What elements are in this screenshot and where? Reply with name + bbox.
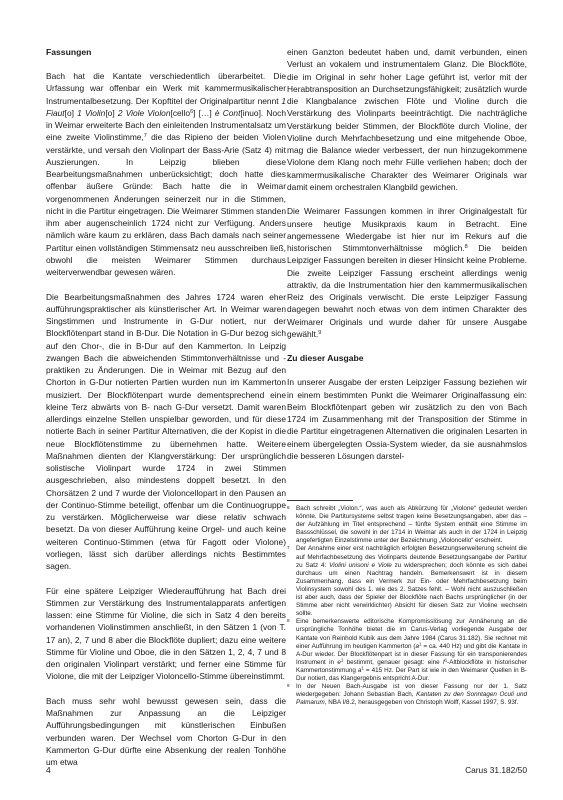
paragraph: Für eine spätere Leipziger Wiederaufführ… [46, 585, 286, 683]
footnote-number: 9 [287, 682, 290, 690]
footnote-7: 7Der Annahme einer erst nachträglich erf… [287, 545, 527, 618]
page-number: 4 [46, 765, 51, 775]
catalog-number: Carus 31.182/50 [465, 765, 527, 775]
paragraph: Bach muss sehr wohl bewusst gewesen sein… [46, 695, 286, 769]
paragraph: Die Bearbeitungsmaßnahmen des Jahres 172… [46, 291, 286, 573]
footnotes: 6Bach schreibt „Violon.“, was auch als A… [287, 505, 527, 707]
right-column: einen Ganzton bedeutet haben und, damit … [287, 46, 527, 462]
footnote-number: 7 [287, 544, 290, 552]
footnote-6: 6Bach schreibt „Violon.“, was auch als A… [287, 505, 527, 545]
paragraph: Die Weimarer Fassungen kommen in ihrer O… [287, 205, 527, 340]
left-column: Fassungen Bach hat die Kantate verschied… [46, 46, 286, 768]
footnote-ref-9[interactable]: 9 [318, 330, 321, 336]
paragraph: Bach hat die Kantate verschiedentlich üb… [46, 70, 286, 278]
footnote-9: 9In der Neuen Bach-Ausgabe ist von diese… [287, 683, 527, 707]
footnote-divider [287, 500, 353, 501]
footnote-8: 8Eine bemerkenswerte editorische Komprom… [287, 618, 527, 683]
footnote-number: 8 [287, 617, 290, 625]
section-heading-zu-dieser-ausgabe: Zu dieser Ausgabe [287, 352, 527, 364]
section-heading-fassungen: Fassungen [46, 46, 286, 58]
paragraph: einen Ganzton bedeutet haben und, damit … [287, 46, 527, 193]
footnote-number: 6 [287, 504, 290, 512]
paragraph: In unserer Ausgabe der ersten Leipziger … [287, 376, 527, 462]
